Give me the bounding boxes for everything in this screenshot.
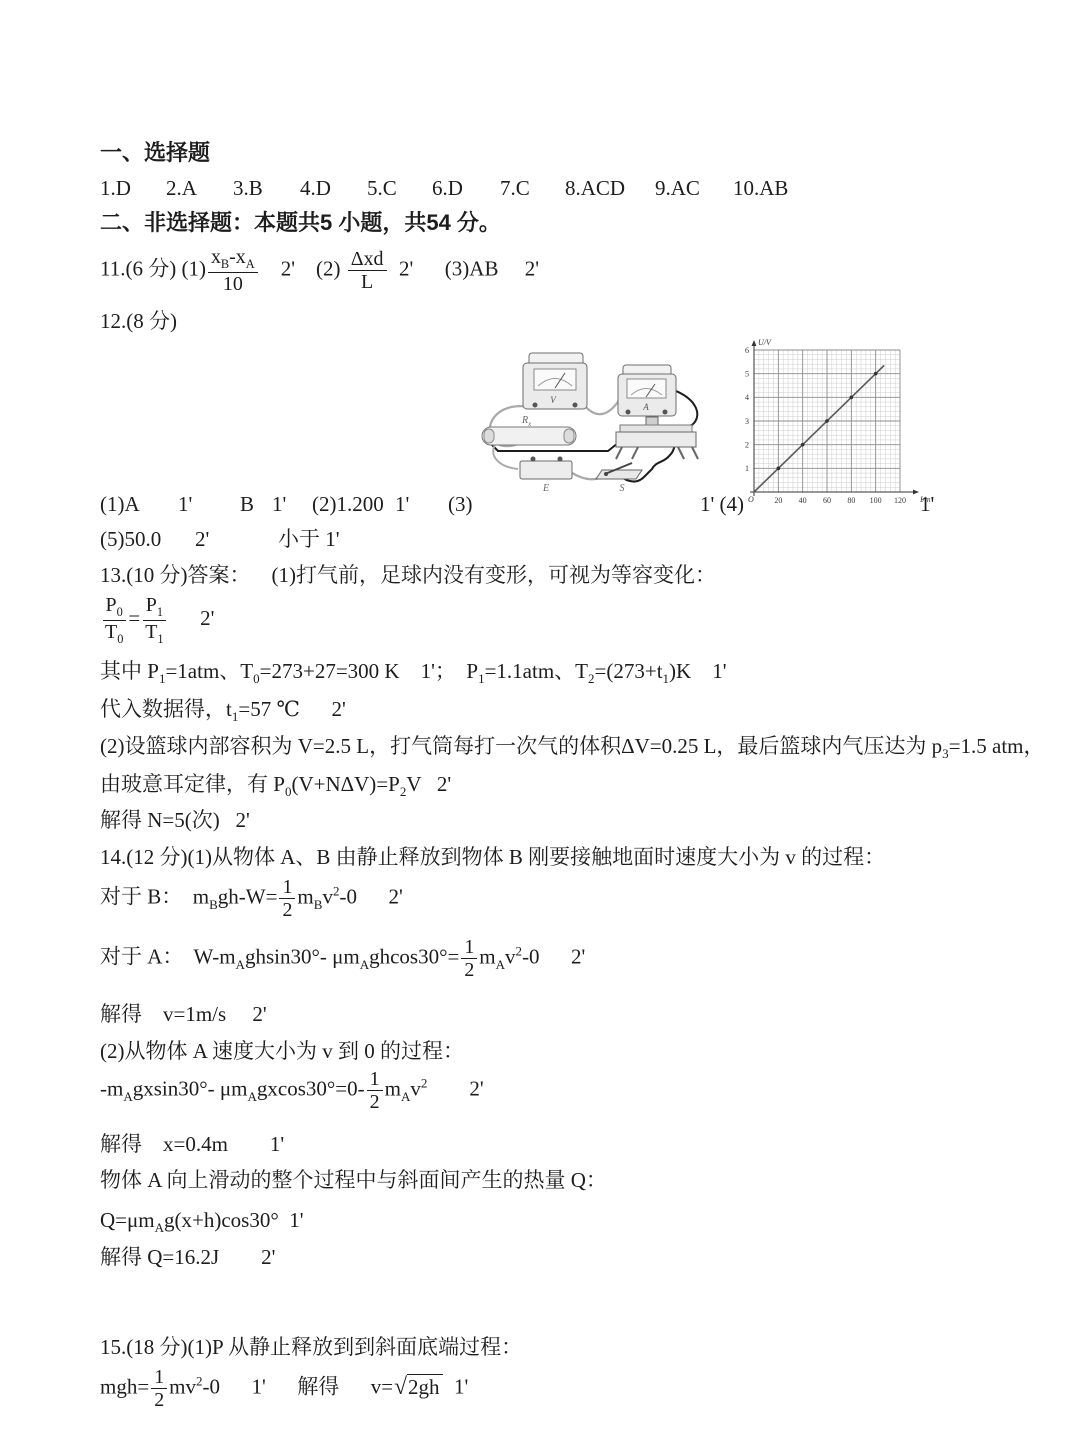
x-tick-label: 60 — [823, 496, 831, 505]
text-run: 1 — [157, 632, 163, 646]
text-run: V 2' — [406, 772, 451, 796]
origin-label: O — [748, 495, 754, 504]
text-run: 其中 P — [100, 659, 159, 683]
text-run: Δxd — [351, 248, 384, 270]
choice-answer: 1.D — [100, 173, 166, 203]
text-run: =57 ℃ 2' — [238, 697, 345, 721]
q12-ans-part: 1' — [272, 489, 286, 519]
q14-equation-A: 对于 A： W-mAghsin30°- μmAghcos30°=12mAv2-0… — [100, 936, 585, 982]
text-run: = — [128, 606, 140, 630]
y-tick-label: 1 — [745, 464, 749, 473]
x-tick-label: 40 — [799, 496, 807, 505]
text-run: =273+27=300 K 1'； P — [260, 659, 478, 683]
data-point — [874, 372, 878, 376]
q12-ans-part: (1)A — [100, 489, 140, 519]
q12-ans-part: B — [240, 489, 254, 519]
q12-ans-part: 1' — [920, 489, 934, 519]
text-run: A — [155, 1220, 164, 1235]
q13-head: 13.(10 分)答案： (1)打气前，足球内没有变形，可视为等容变化： — [100, 560, 716, 590]
y-axis-title: U/V — [758, 338, 772, 347]
choice-answer: 4.D — [300, 173, 367, 203]
text-run: A — [246, 257, 255, 271]
q14-line-9: 解得 Q=16.2J 2' — [100, 1242, 275, 1272]
text-run: v — [410, 1077, 421, 1101]
text-run: -0 2' — [339, 885, 402, 909]
choice-answer: 9.AC — [655, 173, 733, 203]
text-run: -0 1' 解得 v= — [203, 1375, 394, 1399]
text-run: -0 2' — [522, 945, 585, 969]
q13-line-6: 解得 N=5(次) 2' — [100, 805, 250, 835]
text-run: m — [297, 885, 313, 909]
q13-line-4: (2)设篮球内部容积为 V=2.5 L，打气筒每打一次气的体积ΔV=0.25 L… — [100, 731, 1045, 769]
text-run: 解得 x=0.4m 1' — [100, 1132, 284, 1156]
text-run: 2gh — [408, 1375, 440, 1399]
answer-sheet-page: 一、选择题 1.D2.A3.B4.D5.C6.D7.C8.ACD9.AC10.A… — [0, 0, 1080, 1448]
text-run: 1' — [444, 1375, 469, 1399]
text-run: 1 — [464, 936, 474, 958]
q12-ans-part: 小于 1' — [278, 524, 340, 554]
text-run: v — [322, 885, 333, 909]
choice-answer: 6.D — [432, 173, 500, 203]
y-tick-label: 5 — [745, 369, 749, 378]
text-run: B — [221, 257, 229, 271]
text-run: A — [247, 1089, 256, 1104]
section-2-heading: 二、非选择题：本题共5 小题，共54 分。 — [100, 208, 501, 238]
text-run: 解得 v=1m/s 2' — [100, 1002, 267, 1026]
text-run: 解得 N=5(次) 2' — [100, 808, 250, 832]
text-run: =1.5 atm， — [949, 734, 1045, 758]
y-axis-arrow — [752, 340, 757, 346]
q12-label: 12.(8 分) — [100, 306, 177, 336]
x-tick-label: 120 — [894, 496, 906, 505]
resistor-label: Rx — [521, 415, 532, 428]
q13-line-3: 代入数据得，t1=57 ℃ 2' — [100, 694, 346, 732]
square-root: √2gh — [394, 1374, 442, 1399]
y-tick-label: 2 — [745, 440, 749, 449]
q14-line-8: Q=μmAg(x+h)cos30° 1' — [100, 1205, 304, 1243]
data-point — [825, 419, 829, 423]
battery-label: E — [542, 483, 549, 493]
fraction: ΔxdL — [348, 248, 387, 294]
q13-equation-1: P0T0=P1T1 2' — [100, 594, 214, 647]
q14-head: 14.(12 分)(1)从物体 A、B 由静止释放到物体 B 刚要接触地面时速度… — [100, 842, 885, 872]
text-run: (2)从物体 A 速度大小为 v 到 0 的过程： — [100, 1039, 464, 1063]
text-run: 2' — [169, 606, 215, 630]
text-run: 10 — [223, 273, 243, 295]
choice-answers-row: 1.D2.A3.B4.D5.C6.D7.C8.ACD9.AC10.AB — [100, 173, 788, 203]
text-run: v — [505, 945, 516, 969]
text-run: gxcos30°=0- — [257, 1077, 365, 1101]
q12-ans-part: (2)1.200 — [312, 489, 384, 519]
ammeter: A — [618, 365, 676, 416]
text-run: m — [385, 1077, 401, 1101]
choice-answer: 3.B — [233, 173, 300, 203]
choice-answer: 5.C — [367, 173, 432, 203]
text-run: 2 — [370, 1091, 380, 1113]
circuit-photo-figure: V A Rx — [468, 343, 706, 493]
fraction: P1T1 — [142, 594, 166, 647]
text-run: A — [496, 957, 505, 972]
text-run: mgh= — [100, 1375, 149, 1399]
choice-answer: 2.A — [166, 173, 233, 203]
q12-ans-part: 1' — [395, 489, 409, 519]
text-run: A — [360, 957, 369, 972]
text-run: gxsin30°- μm — [133, 1077, 248, 1101]
text-run: ghcos30°= — [369, 945, 459, 969]
text-run: =(273+t — [595, 659, 663, 683]
text-run: P — [146, 594, 157, 616]
q12-ans-part: 2' — [195, 524, 209, 554]
text-run: 0 — [117, 605, 123, 619]
x-tick-label: 80 — [847, 496, 855, 505]
y-tick-label: 4 — [745, 393, 749, 402]
choice-answer: 7.C — [500, 173, 565, 203]
text-run: 2' (2) — [260, 256, 346, 280]
text-run: 解得 Q=16.2J 2' — [100, 1245, 275, 1269]
text-run: 对于 A： W-m — [100, 945, 236, 969]
x-tick-label: 20 — [774, 496, 782, 505]
text-run: 1 — [157, 605, 163, 619]
text-run: T — [105, 621, 117, 643]
text-run: (V+NΔV)=P — [291, 772, 399, 796]
text-run: P — [106, 594, 117, 616]
text-run: (2)设篮球内部容积为 V=2.5 L，打气筒每打一次气的体积ΔV=0.25 L… — [100, 734, 942, 758]
ammeter-label: A — [642, 402, 649, 412]
fraction: P0T0 — [102, 594, 126, 647]
voltmeter: V — [523, 353, 587, 409]
fraction: 12 — [367, 1068, 383, 1114]
fraction: 12 — [279, 876, 295, 922]
text-run: 对于 B： m — [100, 885, 209, 909]
q14-line-6: 解得 x=0.4m 1' — [100, 1129, 284, 1159]
q14-line-3: 解得 v=1m/s 2' — [100, 999, 267, 1029]
text-run: 1 — [282, 876, 292, 898]
text-run: 2' (3)AB 2' — [389, 256, 539, 280]
choice-answer: 10.AB — [733, 173, 788, 203]
text-run: 由玻意耳定律，有 P — [100, 772, 285, 796]
data-point — [801, 443, 805, 447]
text-run: gh-W= — [218, 885, 278, 909]
text-run: =1atm、T — [165, 659, 253, 683]
rheostat — [616, 417, 698, 459]
y-tick-label: 6 — [745, 346, 749, 355]
text-run: -x — [229, 246, 246, 268]
text-run: 2 — [464, 959, 474, 981]
text-run: 2' — [427, 1077, 483, 1101]
q12-ans-part: (3) — [448, 489, 473, 519]
text-run: g(x+h)cos30° 1' — [164, 1208, 304, 1232]
text-run: m — [479, 945, 495, 969]
text-run: L — [361, 271, 373, 293]
text-run: ghsin30°- μm — [245, 945, 360, 969]
q12-ans-part: 1' — [178, 489, 192, 519]
text-run: =1.1atm、T — [485, 659, 588, 683]
text-run: A — [401, 1089, 410, 1104]
text-run: -m — [100, 1077, 123, 1101]
x-axis-arrow — [913, 490, 919, 495]
q14-equation-2: -mAgxsin30°- μmAgxcos30°=0-12mAv2 2' — [100, 1068, 484, 1114]
text-run: 2 — [154, 1389, 164, 1411]
data-point — [777, 467, 781, 471]
text-run: Q=μm — [100, 1208, 155, 1232]
switch-label: S — [620, 483, 625, 493]
q12-ans-part: (5)50.0 — [100, 524, 161, 554]
fraction: 12 — [461, 936, 477, 982]
text-run: B — [209, 897, 218, 912]
q14-line-4: (2)从物体 A 速度大小为 v 到 0 的过程： — [100, 1036, 464, 1066]
text-run: 11.(6 分) (1) — [100, 256, 206, 280]
q12-ans-part: 1' (4) — [700, 489, 744, 519]
fraction: xB-xA10 — [208, 246, 258, 295]
q15-head: 15.(18 分)(1)P 从静止释放到到斜面底端过程： — [100, 1332, 522, 1362]
x-tick-label: 100 — [870, 496, 882, 505]
uv-current-graph: 12345620406080100120OU/VI/mA — [730, 336, 930, 518]
q13-line-2: 其中 P1=1atm、T0=273+27=300 K 1'； P1=1.1atm… — [100, 656, 727, 694]
text-run: x — [211, 246, 221, 268]
q14-equation-B: 对于 B： mBgh-W=12mBv2-0 2' — [100, 876, 403, 922]
fraction: 12 — [151, 1366, 167, 1412]
text-run: mv — [169, 1375, 196, 1399]
q11-answer-line: 11.(6 分) (1)xB-xA10 2' (2) ΔxdL 2' (3)AB… — [100, 246, 539, 295]
text-run: 1 — [370, 1068, 380, 1090]
q13-line-5: 由玻意耳定律，有 P0(V+NΔV)=P2V 2' — [100, 769, 451, 807]
text-run: 物体 A 向上滑动的整个过程中与斜面间产生的热量 Q： — [100, 1168, 607, 1192]
resistor: Rx — [482, 415, 576, 445]
switch: S — [596, 463, 642, 493]
text-run: 1 — [154, 1366, 164, 1388]
text-run: T — [145, 621, 157, 643]
q14-line-7: 物体 A 向上滑动的整个过程中与斜面间产生的热量 Q： — [100, 1165, 607, 1195]
y-tick-label: 3 — [745, 417, 749, 426]
text-run: )K 1' — [669, 659, 726, 683]
choice-answer: 8.ACD — [565, 173, 655, 203]
section-1-heading: 一、选择题 — [100, 138, 210, 168]
text-run: 2 — [282, 899, 292, 921]
data-point — [850, 396, 854, 400]
text-run: A — [123, 1089, 132, 1104]
text-run: 0 — [117, 632, 123, 646]
text-run: A — [236, 957, 245, 972]
text-run: 代入数据得，t — [100, 697, 232, 721]
q15-equation: mgh=12mv2-0 1' 解得 v=√2gh 1' — [100, 1366, 468, 1412]
battery: E — [520, 457, 572, 494]
